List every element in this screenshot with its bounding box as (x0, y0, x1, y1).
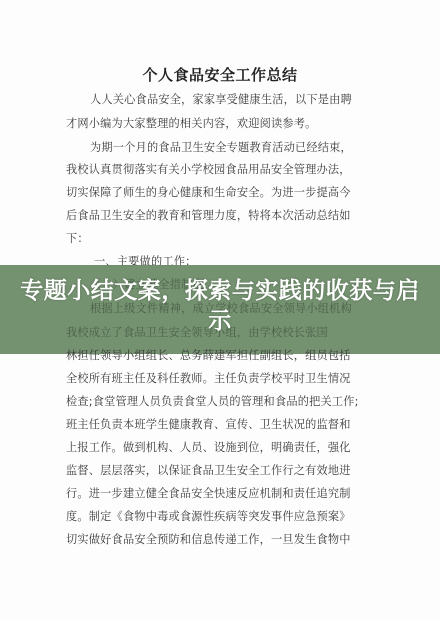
paragraph-line: 切实做好食品安全预防和信息传递工作，一旦发生食物中 (66, 533, 386, 547)
intro-line: 人人关心食品安全，家家享受健康生活，以下是由聘 (90, 93, 386, 107)
paragraph-line: 林担任领导小组组长、总务薛建军担任副组长，组员包括 (66, 349, 386, 363)
paragraph-line: 行。进一步建立健全食品安全快速反应机制和责任追究制 (66, 487, 386, 501)
paragraph-line: 上报工作。做到机构、人员、设施到位，明确责任，强化 (66, 441, 386, 455)
banner-title: 专题小结文案，探索与实践的收获与启示 (20, 276, 420, 336)
paragraph-line: 全校所有班主任及科任教师。主任负责学校平时卫生情况 (66, 372, 386, 386)
paragraph-line: 班主任负责本班学生健康教育、宣传、卫生状况的监督和 (66, 418, 386, 432)
paragraph-line: 监督、层层落实，以保证食品卫生安全工作行之有效地进 (66, 464, 386, 478)
paragraph-line: 切实保障了师生的身心健康和生命安全。为进一步提高今 (66, 186, 386, 200)
paragraph-line: 度。制定《食物中毒或食源性疾病等突发事件应急预案》 (66, 510, 386, 524)
intro-line: 才网小编为大家整理的相关内容，欢迎阅读参考。 (66, 117, 386, 131)
paragraph-line: 下： (66, 232, 386, 246)
paragraph-line: 后食品卫生安全的教育和管理力度，特将本次活动总结如 (66, 209, 386, 223)
paragraph-line: 为期一个月的食品卫生安全专题教育活动已经结束， (90, 141, 386, 155)
document-title: 个人食品安全工作总结 (0, 64, 440, 85)
paragraph-line: 检查;食堂管理人员负责食堂人员的管理和食品的把关工作; (66, 395, 386, 409)
paragraph-line: 我校认真贯彻落实有关小学校园食品用品安全管理办法， (66, 163, 386, 177)
